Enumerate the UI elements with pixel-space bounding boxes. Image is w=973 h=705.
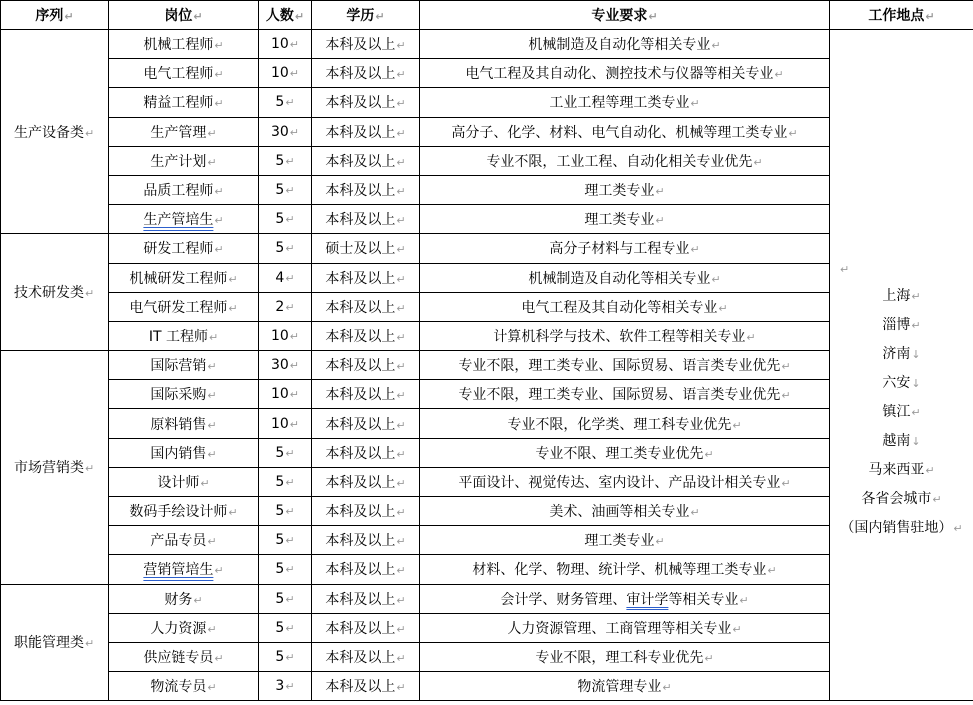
recruitment-table: 序列↵ 岗位↵ 人数↵ 学历↵ 专业要求↵ 工作地点↵ 生产设备类↵机械工程师↵… xyxy=(0,0,973,701)
table-row: 机械研发工程师↵4↵本科及以上↵机械制造及自动化等相关专业↵ xyxy=(1,263,973,292)
table-row: 原料销售↵10↵本科及以上↵专业不限，化学类、理工科专业优先↵ xyxy=(1,409,973,438)
table-row: 职能管理类↵财务↵5↵本科及以上↵会计学、财务管理、审计学等相关专业↵ xyxy=(1,584,973,613)
major-cell: 电气工程及其自动化、测控技术与仪器等相关专业↵ xyxy=(420,59,830,88)
table-row: 生产设备类↵机械工程师↵10↵本科及以上↵机械制造及自动化等相关专业↵↵上海↵淄… xyxy=(1,30,973,59)
education-cell: 本科及以上↵ xyxy=(312,438,420,467)
position-cell: 人力资源↵ xyxy=(109,613,259,642)
table-row: 产品专员↵5↵本科及以上↵理工类专业↵ xyxy=(1,526,973,555)
position-cell: 精益工程师↵ xyxy=(109,88,259,117)
count-cell: 5↵ xyxy=(259,497,312,526)
position-cell: 财务↵ xyxy=(109,584,259,613)
major-cell: 电气工程及其自动化等相关专业↵ xyxy=(420,292,830,321)
location-item: 镇江↵ xyxy=(830,398,973,427)
position-cell: 电气工程师↵ xyxy=(109,59,259,88)
count-cell: 10↵ xyxy=(259,30,312,59)
header-category: 序列↵ xyxy=(1,1,109,30)
location-item: 越南↓ xyxy=(830,427,973,456)
education-cell: 本科及以上↵ xyxy=(312,263,420,292)
count-cell: 3↵ xyxy=(259,672,312,701)
count-cell: 4↵ xyxy=(259,263,312,292)
education-cell: 硕士及以上↵ xyxy=(312,234,420,263)
location-item: （国内销售驻地）↵ xyxy=(830,514,973,543)
location-item: 济南↓ xyxy=(830,340,973,369)
table-row: 技术研发类↵研发工程师↵5↵硕士及以上↵高分子材料与工程专业↵ xyxy=(1,234,973,263)
education-cell: 本科及以上↵ xyxy=(312,467,420,496)
major-cell: 理工类专业↵ xyxy=(420,175,830,204)
table-row: 数码手绘设计师↵5↵本科及以上↵美术、油画等相关专业↵ xyxy=(1,497,973,526)
position-cell: 机械工程师↵ xyxy=(109,30,259,59)
position-cell: 生产管理↵ xyxy=(109,117,259,146)
table-row: 生产管培生↵5↵本科及以上↵理工类专业↵ xyxy=(1,205,973,234)
count-cell: 5↵ xyxy=(259,526,312,555)
education-cell: 本科及以上↵ xyxy=(312,526,420,555)
table-row: IT 工程师↵10↵本科及以上↵计算机科学与技术、软件工程等相关专业↵ xyxy=(1,321,973,350)
position-cell: IT 工程师↵ xyxy=(109,321,259,350)
education-cell: 本科及以上↵ xyxy=(312,292,420,321)
position-cell: 物流专员↵ xyxy=(109,672,259,701)
education-cell: 本科及以上↵ xyxy=(312,30,420,59)
count-cell: 5↵ xyxy=(259,613,312,642)
major-cell: 物流管理专业↵ xyxy=(420,672,830,701)
position-cell: 生产管培生↵ xyxy=(109,205,259,234)
table-row: 国内销售↵5↵本科及以上↵专业不限、理工类专业优先↵ xyxy=(1,438,973,467)
major-cell: 专业不限，理工类专业、国际贸易、语言类专业优先↵ xyxy=(420,351,830,380)
education-cell: 本科及以上↵ xyxy=(312,613,420,642)
count-cell: 5↵ xyxy=(259,175,312,204)
position-cell: 国际营销↵ xyxy=(109,351,259,380)
location-item: 各省会城市↵ xyxy=(830,485,973,514)
position-cell: 国内销售↵ xyxy=(109,438,259,467)
header-education: 学历↵ xyxy=(312,1,420,30)
table-row: 物流专员↵3↵本科及以上↵物流管理专业↵ xyxy=(1,672,973,701)
header-location: 工作地点↵ xyxy=(830,1,973,30)
location-item: 淄博↵ xyxy=(830,311,973,340)
position-cell: 设计师↵ xyxy=(109,467,259,496)
major-cell: 材料、化学、物理、统计学、机械等理工类专业↵ xyxy=(420,555,830,584)
major-cell: 高分子材料与工程专业↵ xyxy=(420,234,830,263)
table-row: 人力资源↵5↵本科及以上↵人力资源管理、工商管理等相关专业↵ xyxy=(1,613,973,642)
count-cell: 5↵ xyxy=(259,642,312,671)
location-item: 马来西亚↵ xyxy=(830,456,973,485)
count-cell: 5↵ xyxy=(259,88,312,117)
count-cell: 2↵ xyxy=(259,292,312,321)
position-cell: 机械研发工程师↵ xyxy=(109,263,259,292)
table-row: 品质工程师↵5↵本科及以上↵理工类专业↵ xyxy=(1,175,973,204)
major-cell: 平面设计、视觉传达、室内设计、产品设计相关专业↵ xyxy=(420,467,830,496)
education-cell: 本科及以上↵ xyxy=(312,146,420,175)
major-cell: 美术、油画等相关专业↵ xyxy=(420,497,830,526)
position-cell: 研发工程师↵ xyxy=(109,234,259,263)
major-cell: 工业工程等理工类专业↵ xyxy=(420,88,830,117)
major-cell: 专业不限，化学类、理工科专业优先↵ xyxy=(420,409,830,438)
count-cell: 5↵ xyxy=(259,234,312,263)
position-cell: 品质工程师↵ xyxy=(109,175,259,204)
major-cell: 理工类专业↵ xyxy=(420,205,830,234)
location-item: 六安↓ xyxy=(830,369,973,398)
major-cell: 理工类专业↵ xyxy=(420,526,830,555)
major-cell: 计算机科学与技术、软件工程等相关专业↵ xyxy=(420,321,830,350)
education-cell: 本科及以上↵ xyxy=(312,88,420,117)
position-cell: 数码手绘设计师↵ xyxy=(109,497,259,526)
header-major: 专业要求↵ xyxy=(420,1,830,30)
position-cell: 原料销售↵ xyxy=(109,409,259,438)
table-row: 国际采购↵10↵本科及以上↵专业不限，理工类专业、国际贸易、语言类专业优先↵ xyxy=(1,380,973,409)
location-item: 上海↵ xyxy=(830,282,973,311)
table-row: 市场营销类↵国际营销↵30↵本科及以上↵专业不限，理工类专业、国际贸易、语言类专… xyxy=(1,351,973,380)
position-cell: 营销管培生↵ xyxy=(109,555,259,584)
position-cell: 产品专员↵ xyxy=(109,526,259,555)
education-cell: 本科及以上↵ xyxy=(312,672,420,701)
category-cell: 市场营销类↵ xyxy=(1,351,109,585)
count-cell: 30↵ xyxy=(259,117,312,146)
table-row: 电气研发工程师↵2↵本科及以上↵电气工程及其自动化等相关专业↵ xyxy=(1,292,973,321)
count-cell: 10↵ xyxy=(259,409,312,438)
count-cell: 10↵ xyxy=(259,59,312,88)
count-cell: 10↵ xyxy=(259,321,312,350)
position-cell: 国际采购↵ xyxy=(109,380,259,409)
category-cell: 职能管理类↵ xyxy=(1,584,109,701)
education-cell: 本科及以上↵ xyxy=(312,59,420,88)
education-cell: 本科及以上↵ xyxy=(312,642,420,671)
table-row: 供应链专员↵5↵本科及以上↵专业不限，理工科专业优先↵ xyxy=(1,642,973,671)
major-cell: 高分子、化学、材料、电气自动化、机械等理工类专业↵ xyxy=(420,117,830,146)
major-cell: 专业不限，工业工程、自动化相关专业优先↵ xyxy=(420,146,830,175)
category-cell: 技术研发类↵ xyxy=(1,234,109,351)
header-count: 人数↵ xyxy=(259,1,312,30)
major-cell: 会计学、财务管理、审计学等相关专业↵ xyxy=(420,584,830,613)
education-cell: 本科及以上↵ xyxy=(312,205,420,234)
count-cell: 5↵ xyxy=(259,146,312,175)
count-cell: 5↵ xyxy=(259,555,312,584)
count-cell: 5↵ xyxy=(259,584,312,613)
count-cell: 10↵ xyxy=(259,380,312,409)
education-cell: 本科及以上↵ xyxy=(312,351,420,380)
location-list: 上海↵淄博↵济南↓六安↓镇江↵越南↓马来西亚↵各省会城市↵（国内销售驻地）↵ xyxy=(830,282,973,543)
table-row: 精益工程师↵5↵本科及以上↵工业工程等理工类专业↵ xyxy=(1,88,973,117)
education-cell: 本科及以上↵ xyxy=(312,117,420,146)
count-cell: 5↵ xyxy=(259,205,312,234)
position-cell: 生产计划↵ xyxy=(109,146,259,175)
table-row: 营销管培生↵5↵本科及以上↵材料、化学、物理、统计学、机械等理工类专业↵ xyxy=(1,555,973,584)
table-row: 生产计划↵5↵本科及以上↵专业不限，工业工程、自动化相关专业优先↵ xyxy=(1,146,973,175)
count-cell: 5↵ xyxy=(259,438,312,467)
count-cell: 5↵ xyxy=(259,467,312,496)
education-cell: 本科及以上↵ xyxy=(312,409,420,438)
education-cell: 本科及以上↵ xyxy=(312,175,420,204)
header-position: 岗位↵ xyxy=(109,1,259,30)
education-cell: 本科及以上↵ xyxy=(312,584,420,613)
major-cell: 人力资源管理、工商管理等相关专业↵ xyxy=(420,613,830,642)
count-cell: 30↵ xyxy=(259,351,312,380)
major-cell: 机械制造及自动化等相关专业↵ xyxy=(420,263,830,292)
position-cell: 电气研发工程师↵ xyxy=(109,292,259,321)
header-row: 序列↵ 岗位↵ 人数↵ 学历↵ 专业要求↵ 工作地点↵ xyxy=(1,1,973,30)
position-cell: 供应链专员↵ xyxy=(109,642,259,671)
table-row: 生产管理↵30↵本科及以上↵高分子、化学、材料、电气自动化、机械等理工类专业↵ xyxy=(1,117,973,146)
location-cell: ↵上海↵淄博↵济南↓六安↓镇江↵越南↓马来西亚↵各省会城市↵（国内销售驻地）↵ xyxy=(830,30,973,701)
major-cell: 专业不限，理工科专业优先↵ xyxy=(420,642,830,671)
education-cell: 本科及以上↵ xyxy=(312,321,420,350)
paragraph-mark: ↵ xyxy=(840,263,849,276)
education-cell: 本科及以上↵ xyxy=(312,555,420,584)
major-cell: 专业不限、理工类专业优先↵ xyxy=(420,438,830,467)
table-row: 电气工程师↵10↵本科及以上↵电气工程及其自动化、测控技术与仪器等相关专业↵ xyxy=(1,59,973,88)
major-cell: 专业不限，理工类专业、国际贸易、语言类专业优先↵ xyxy=(420,380,830,409)
category-cell: 生产设备类↵ xyxy=(1,30,109,234)
major-cell: 机械制造及自动化等相关专业↵ xyxy=(420,30,830,59)
table-row: 设计师↵5↵本科及以上↵平面设计、视觉传达、室内设计、产品设计相关专业↵ xyxy=(1,467,973,496)
education-cell: 本科及以上↵ xyxy=(312,380,420,409)
education-cell: 本科及以上↵ xyxy=(312,497,420,526)
